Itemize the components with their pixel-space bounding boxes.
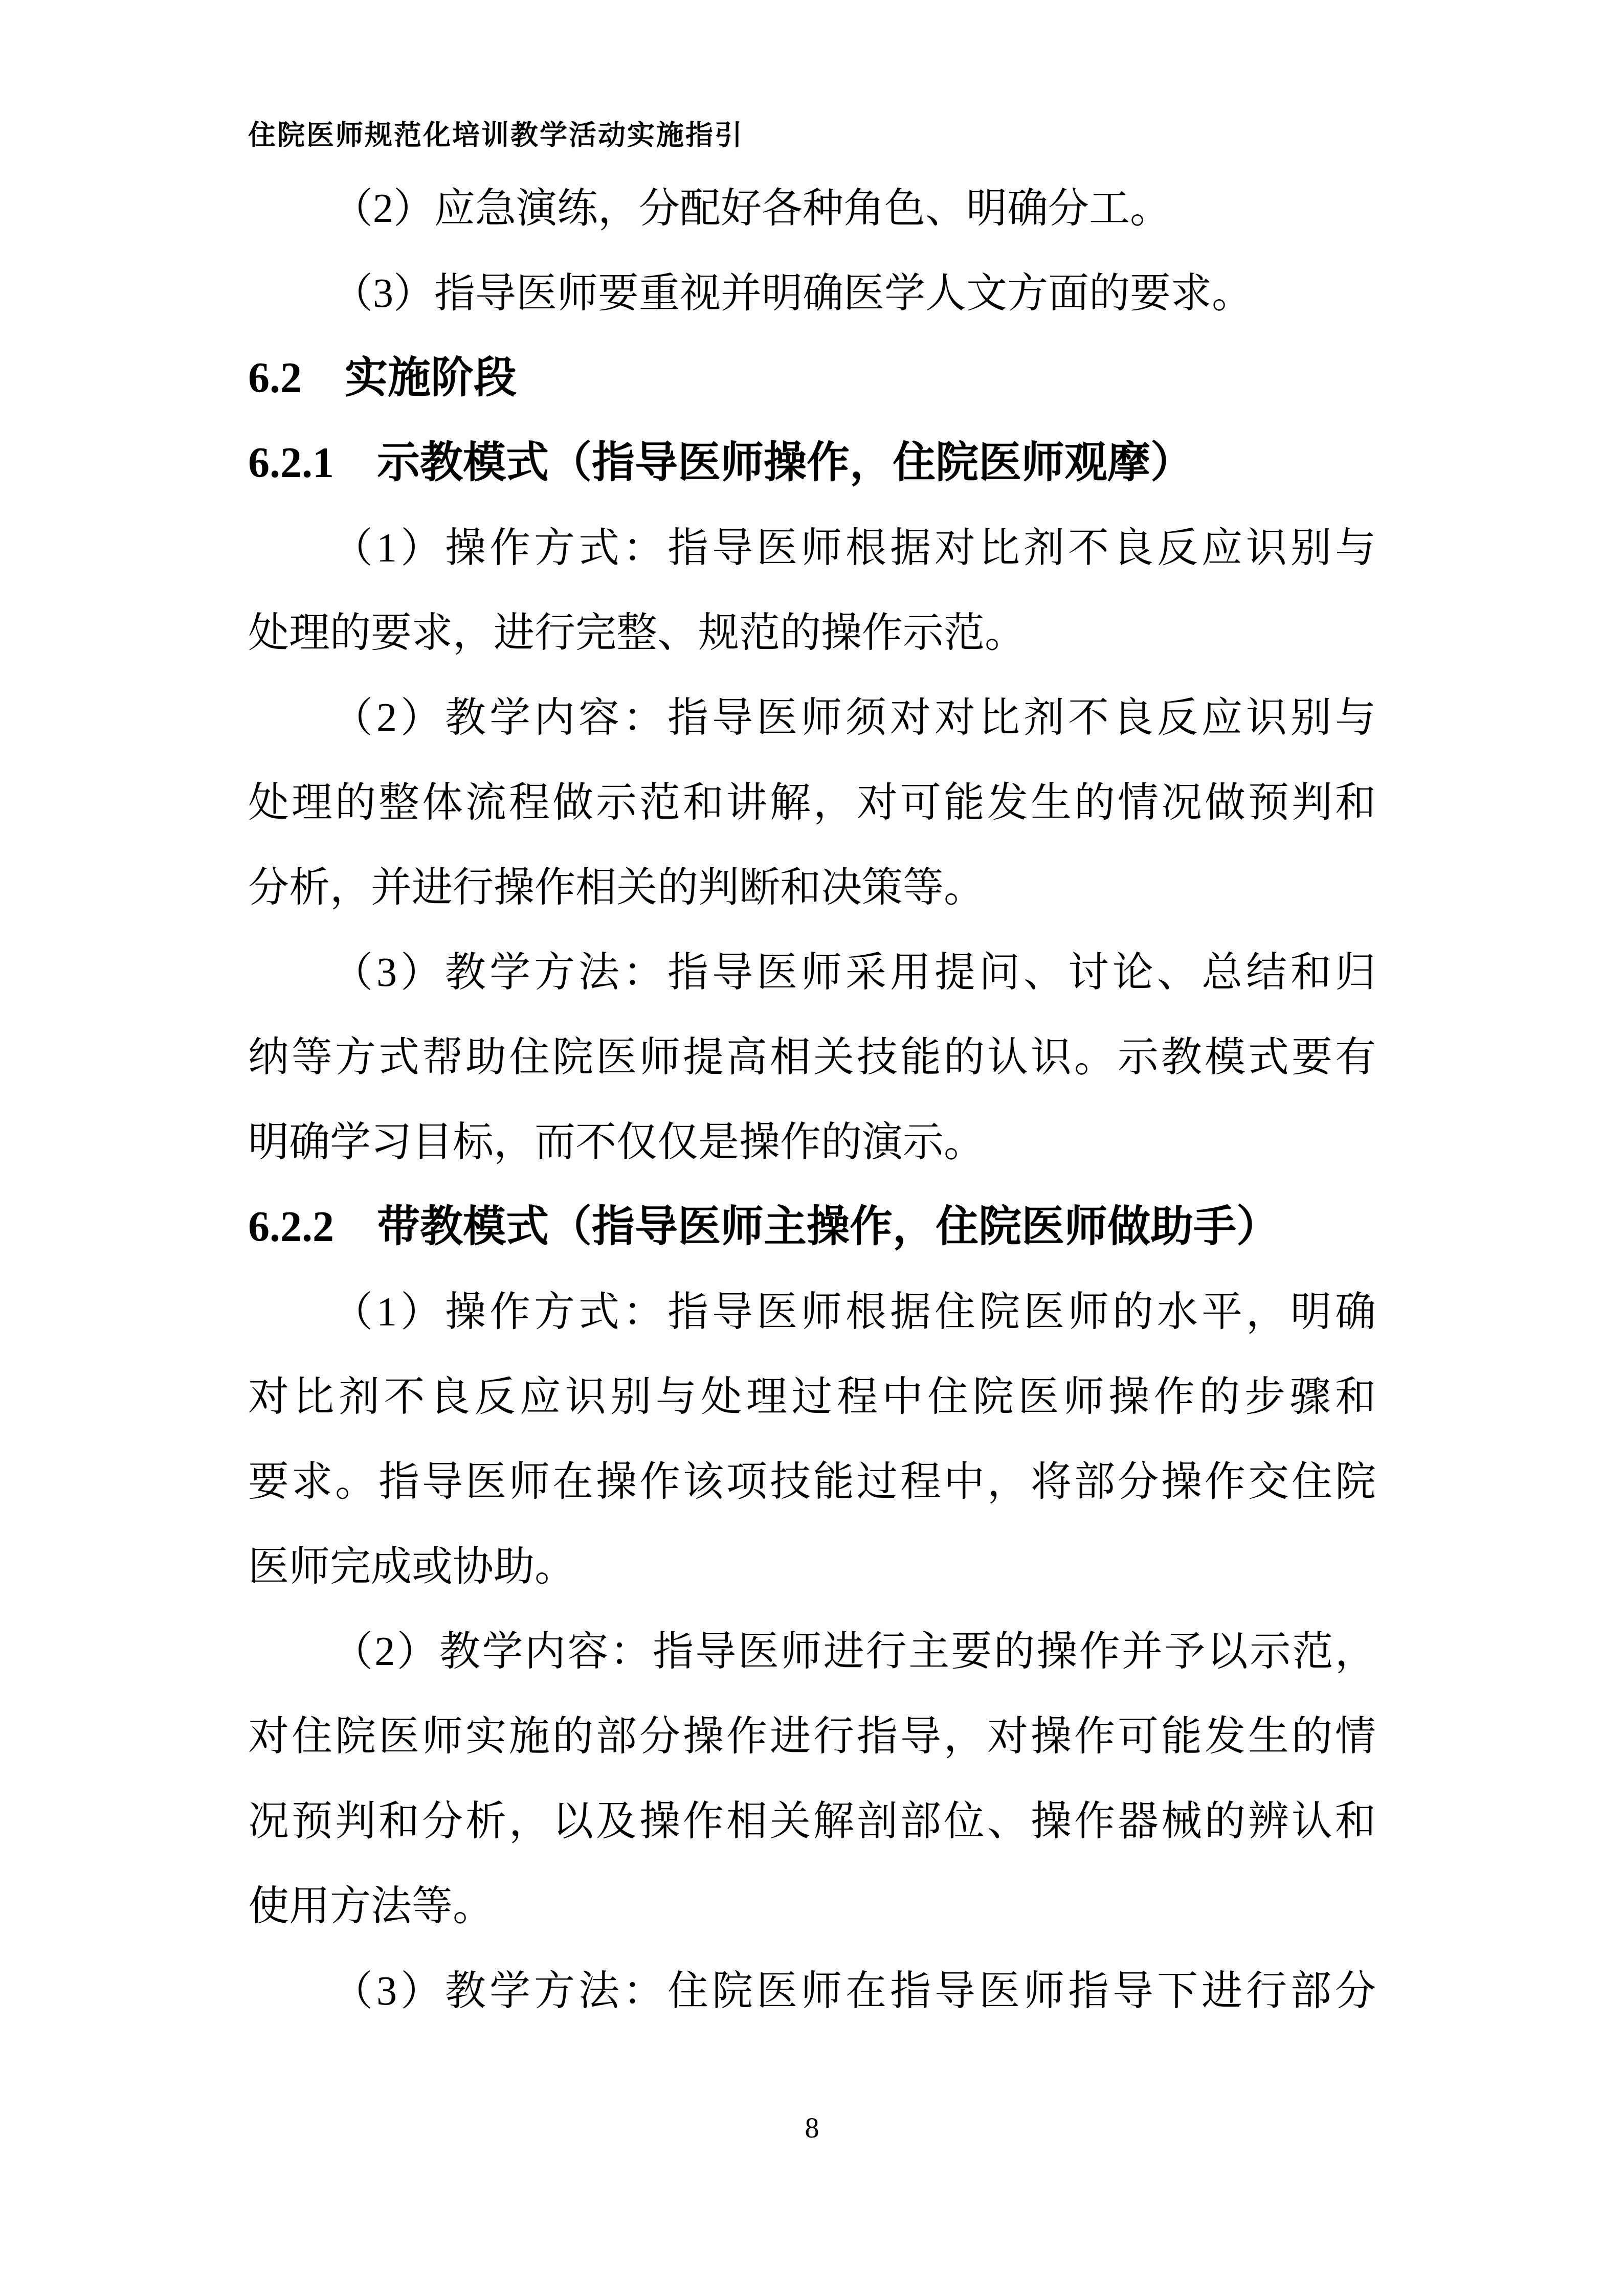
text-line-19: 对住院医师实施的部分操作进行指导，对操作可能发生的情 (248, 1694, 1376, 1779)
document-body: （2）应急演练，分配好各种角色、明确分工。 （3）指导医师要重视并明确医学人文方… (248, 166, 1376, 2034)
text-line-18: （2）教学内容：指导医师进行主要的操作并予以示范， (248, 1609, 1376, 1694)
text-line-10: （3）教学方法：指导医师采用提问、讨论、总结和归 (248, 930, 1376, 1015)
text-line-14: （1）操作方式：指导医师根据住院医师的水平，明确 (248, 1270, 1376, 1355)
text-line-7: （2）教学内容：指导医师须对对比剂不良反应识别与 (248, 676, 1376, 760)
text-line-21: 使用方法等。 (248, 1864, 1376, 1949)
heading-6-2-1: 6.2.1 示教模式（指导医师操作，住院医师观摩） (248, 421, 1376, 506)
heading-6-2-2: 6.2.2 带教模式（指导医师主操作，住院医师做助手） (248, 1185, 1376, 1270)
text-line-1: （2）应急演练，分配好各种角色、明确分工。 (248, 166, 1376, 251)
heading-6-2: 6.2 实施阶段 (248, 336, 1376, 421)
text-line-22: （3）教学方法：住院医师在指导医师指导下进行部分 (248, 1949, 1376, 2034)
text-line-5: （1）操作方式：指导医师根据对比剂不良反应识别与 (248, 506, 1376, 591)
text-line-11: 纳等方式帮助住院医师提高相关技能的认识。示教模式要有 (248, 1015, 1376, 1100)
text-line-16: 要求。指导医师在操作该项技能过程中，将部分操作交住院 (248, 1439, 1376, 1524)
text-line-9: 分析，并进行操作相关的判断和决策等。 (248, 845, 1376, 930)
text-line-8: 处理的整体流程做示范和讲解，对可能发生的情况做预判和 (248, 760, 1376, 845)
text-line-20: 况预判和分析，以及操作相关解剖部位、操作器械的辨认和 (248, 1779, 1376, 1864)
running-header: 住院医师规范化培训教学活动实施指引 (248, 114, 744, 153)
text-line-6: 处理的要求，进行完整、规范的操作示范。 (248, 591, 1376, 676)
text-line-15: 对比剂不良反应识别与处理过程中住院医师操作的步骤和 (248, 1355, 1376, 1439)
text-line-17: 医师完成或协助。 (248, 1524, 1376, 1609)
page-number: 8 (0, 2112, 1624, 2145)
document-page: 住院医师规范化培训教学活动实施指引 （2）应急演练，分配好各种角色、明确分工。 … (0, 0, 1624, 2296)
text-line-2: （3）指导医师要重视并明确医学人文方面的要求。 (248, 251, 1376, 336)
text-line-12: 明确学习目标，而不仅仅是操作的演示。 (248, 1100, 1376, 1185)
